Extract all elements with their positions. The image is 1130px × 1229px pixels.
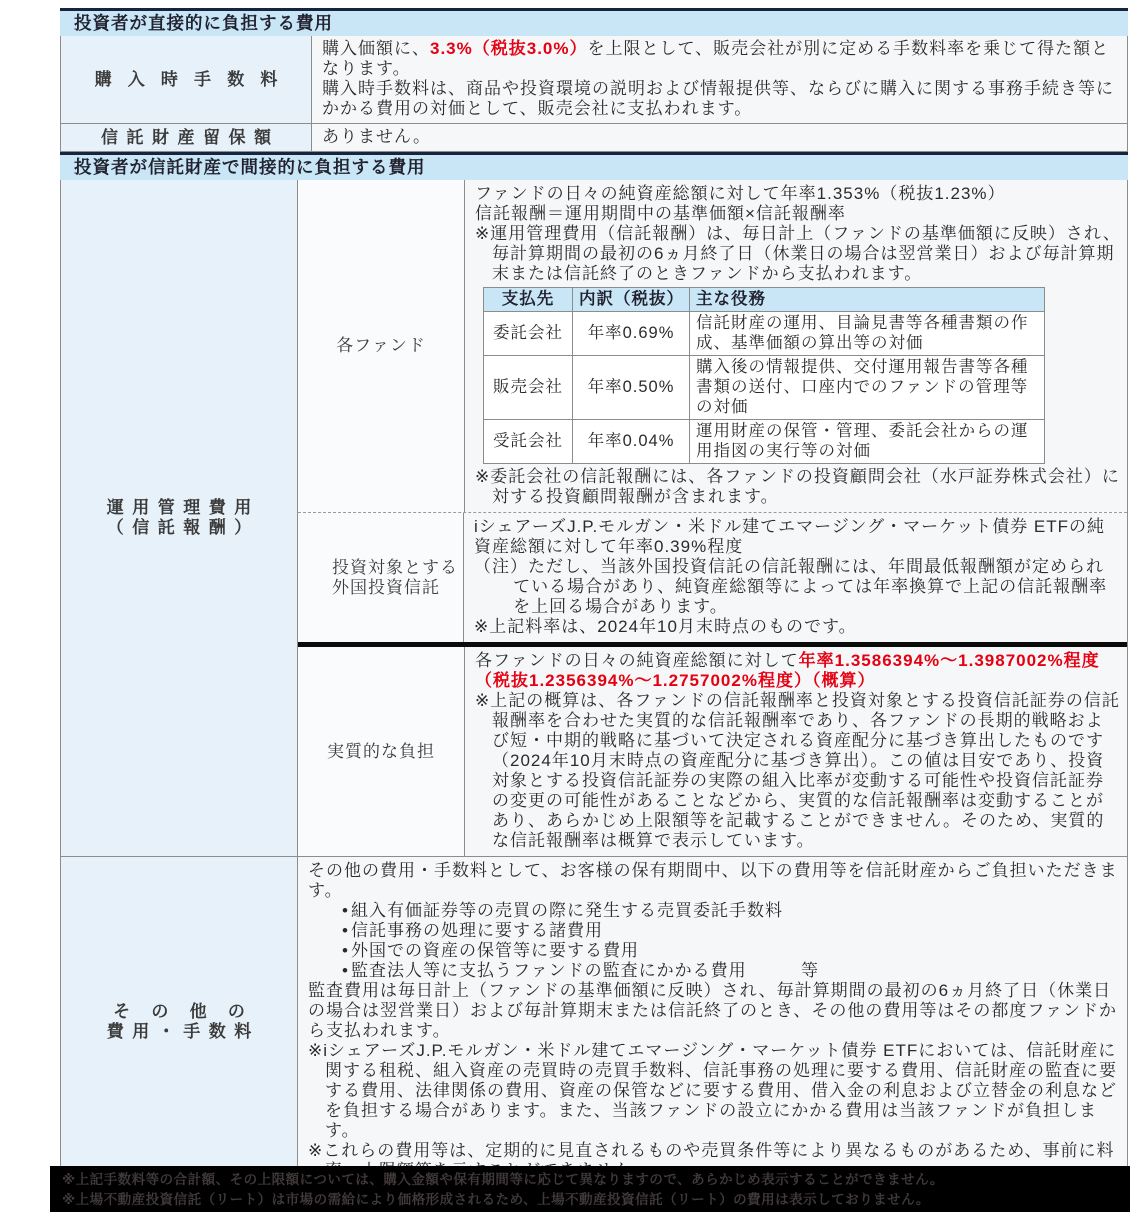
foreign-trust-p3: ※上記料率は、2024年10月末時点のものです。	[474, 617, 1121, 637]
each-fund-label-cell: 各ファンド	[298, 180, 465, 512]
foreign-trust-label-cell: 投資対象とする 外国投資信託	[298, 513, 464, 642]
list-item: 外国での資産の保管等に要する費用	[342, 941, 1121, 961]
list-item-text: 監査法人等に支払うファンドの監査にかかる費用	[351, 961, 747, 980]
each-fund-content: ファンドの日々の純資産総額に対して年率1.353%（税抜1.23%） 信託報酬＝…	[465, 180, 1127, 512]
list-item: 組入有価証券等の売買の際に発生する売買委託手数料	[342, 901, 1121, 921]
other-fees-p1: その他の費用・手数料として、お客様の保有期間中、以下の費用等を信託財産からご負担…	[308, 861, 1121, 901]
subrow-effective-burden: 実質的な負担 各ファンドの日々の純資産総額に対して年率1.3586394%～1.…	[298, 642, 1127, 856]
foreign-trust-p1: iシェアーズJ.P.モルガン・米ドル建てエマージング・マーケット債券 ETFの純…	[474, 517, 1121, 557]
rate-cell: 年率0.50%	[573, 356, 690, 420]
payee-cell: 販売会社	[484, 356, 573, 420]
col-header-role: 主な役務	[690, 288, 1045, 312]
footer-note-2: ※上場不動産投資信託（リート）は市場の需給により価格形成されるため、上場不動産投…	[62, 1190, 1130, 1210]
effective-burden-label: 実質的な負担	[327, 742, 435, 762]
purchase-fee-rate-highlight: 3.3%（税抜3.0%）	[430, 39, 588, 58]
management-fee-subrows: 各ファンド ファンドの日々の純資産総額に対して年率1.353%（税抜1.23%）…	[298, 180, 1127, 856]
other-fees-content: その他の費用・手数料として、お客様の保有期間中、以下の費用等を信託財産からご負担…	[298, 857, 1127, 1186]
fund-fee-document: 投資者が直接的に負担する費用 購入時手数料 購入価額に、3.3%（税抜3.0%）…	[0, 0, 1130, 1229]
foreign-trust-label-line2: 外国投資信託	[332, 578, 440, 598]
effective-burden-p2: ※上記の概算は、各ファンドの信託報酬率と投資対象とする投資信託証券の信託報酬率を…	[475, 691, 1121, 851]
section-header-direct-costs: 投資者が直接的に負担する費用	[60, 8, 1128, 36]
footer-note-1: ※上記手数料等の合計額、その上限額については、購入金額や保有期間等に応じて異なり…	[62, 1170, 1130, 1190]
foreign-trust-content: iシェアーズJ.P.モルガン・米ドル建てエマージング・マーケット債券 ETFの純…	[464, 513, 1127, 642]
rate-cell: 年率0.69%	[573, 312, 690, 356]
row-purchase-fee: 購入時手数料 購入価額に、3.3%（税抜3.0%）を上限として、販売会社が別に定…	[60, 36, 1128, 124]
each-fund-p2: 信託報酬＝運用期間中の基準価額×信託報酬率	[475, 204, 1121, 224]
other-fees-label-line1: その他の	[92, 1002, 266, 1022]
effective-burden-content: 各ファンドの日々の純資産総額に対して年率1.3586394%～1.3987002…	[465, 647, 1127, 856]
foreign-trust-label-line1: 投資対象とする	[332, 558, 458, 578]
rate-cell: 年率0.04%	[573, 420, 690, 464]
each-fund-p3: ※運用管理費用（信託報酬）は、毎日計上（ファンドの基準価額に反映）され、毎計算期…	[475, 224, 1121, 284]
other-fees-bullet-list: 組入有価証券等の売買の際に発生する売買委託手数料 信託事務の処理に要する諸費用 …	[308, 901, 1121, 981]
payee-cell: 受託会社	[484, 420, 573, 464]
management-fee-label-cell: 運用管理費用 （信託報酬）	[61, 180, 298, 856]
each-fund-p4: ※委託会社の信託報酬には、各ファンドの投資顧問会社（水戸証券株式会社）に対する投…	[475, 467, 1121, 507]
foreign-trust-p2: （注）ただし、当該外国投資信託の信託報酬には、年間最低報酬額が定められている場合…	[474, 557, 1121, 617]
retention-label-cell: 信託財産留保額	[61, 124, 312, 151]
purchase-fee-paragraph-1: 購入価額に、3.3%（税抜3.0%）を上限として、販売会社が別に定める手数料率を…	[322, 39, 1121, 79]
retention-content: ありません。	[312, 124, 1127, 151]
col-header-rate: 内訳（税抜）	[573, 288, 690, 312]
list-item: 信託事務の処理に要する諸費用	[342, 921, 1121, 941]
other-fees-label-line2: 費用・手数料	[98, 1022, 260, 1042]
role-cell: 購入後の情報提供、交付運用報告書等各種書類の送付、口座内でのファンドの管理等の対…	[690, 356, 1045, 420]
payee-cell: 委託会社	[484, 312, 573, 356]
effective-burden-p1-pre: 各ファンドの日々の純資産総額に対して	[475, 651, 799, 670]
table-row: 受託会社 年率0.04% 運用財産の保管・管理、委託会社からの運用指図の実行等の…	[484, 420, 1045, 464]
section-header-indirect-costs: 投資者が信託財産で間接的に負担する費用	[60, 152, 1128, 180]
other-fees-label-cell: その他の 費用・手数料	[61, 857, 298, 1186]
role-cell: 運用財産の保管・管理、委託会社からの運用指図の実行等の対価	[690, 420, 1045, 464]
management-fee-label-line1: 運用管理費用	[98, 498, 260, 518]
table-row: 販売会社 年率0.50% 購入後の情報提供、交付運用報告書等各種書類の送付、口座…	[484, 356, 1045, 420]
row-retention-amount: 信託財産留保額 ありません。	[60, 124, 1128, 152]
retention-label: 信託財産留保額	[93, 128, 280, 148]
footer-notes: ※上記手数料等の合計額、その上限額については、購入金額や保有期間等に応じて異なり…	[50, 1166, 1130, 1212]
col-header-payee: 支払先	[484, 288, 573, 312]
purchase-fee-p1-pre: 購入価額に、	[322, 39, 430, 58]
etc-suffix: 等	[801, 961, 819, 980]
fee-breakdown-header-row: 支払先 内訳（税抜） 主な役務	[484, 288, 1045, 312]
purchase-fee-label-cell: 購入時手数料	[61, 36, 312, 123]
other-fees-p3: ※iシェアーズJ.P.モルガン・米ドル建てエマージング・マーケット債券 ETFに…	[308, 1041, 1121, 1141]
management-fee-label-line2: （信託報酬）	[98, 518, 260, 538]
effective-burden-p1: 各ファンドの日々の純資産総額に対して年率1.3586394%～1.3987002…	[475, 651, 1121, 691]
fee-table: 投資者が直接的に負担する費用 購入時手数料 購入価額に、3.3%（税抜3.0%）…	[60, 8, 1128, 1187]
purchase-fee-label: 購入時手数料	[78, 70, 293, 90]
effective-burden-label-cell: 実質的な負担	[298, 647, 465, 856]
retention-value: ありません。	[322, 127, 1121, 147]
subrow-foreign-trust: 投資対象とする 外国投資信託 iシェアーズJ.P.モルガン・米ドル建てエマージン…	[298, 512, 1127, 642]
purchase-fee-content: 購入価額に、3.3%（税抜3.0%）を上限として、販売会社が別に定める手数料率を…	[312, 36, 1127, 123]
row-management-fee: 運用管理費用 （信託報酬） 各ファンド ファンドの日々の純資産総額に対して年率1…	[60, 180, 1128, 857]
fee-breakdown-table: 支払先 内訳（税抜） 主な役務 委託会社 年率0.69% 信託財産の運用、目論見…	[483, 287, 1045, 464]
list-item: 監査法人等に支払うファンドの監査にかかる費用等	[342, 961, 1121, 981]
each-fund-p1: ファンドの日々の純資産総額に対して年率1.353%（税抜1.23%）	[475, 184, 1121, 204]
subrow-each-fund: 各ファンド ファンドの日々の純資産総額に対して年率1.353%（税抜1.23%）…	[298, 180, 1127, 512]
table-row: 委託会社 年率0.69% 信託財産の運用、目論見書等各種書類の作成、基準価額の算…	[484, 312, 1045, 356]
row-other-fees: その他の 費用・手数料 その他の費用・手数料として、お客様の保有期間中、以下の費…	[60, 857, 1128, 1187]
purchase-fee-paragraph-2: 購入時手数料は、商品や投資環境の説明および情報提供等、ならびに購入に関する事務手…	[322, 79, 1121, 119]
each-fund-label: 各ファンド	[336, 336, 426, 356]
role-cell: 信託財産の運用、目論見書等各種書類の作成、基準価額の算出等の対価	[690, 312, 1045, 356]
other-fees-p2: 監査費用は毎日計上（ファンドの基準価額に反映）され、毎計算期間の最初の6ヵ月終了…	[308, 981, 1121, 1041]
